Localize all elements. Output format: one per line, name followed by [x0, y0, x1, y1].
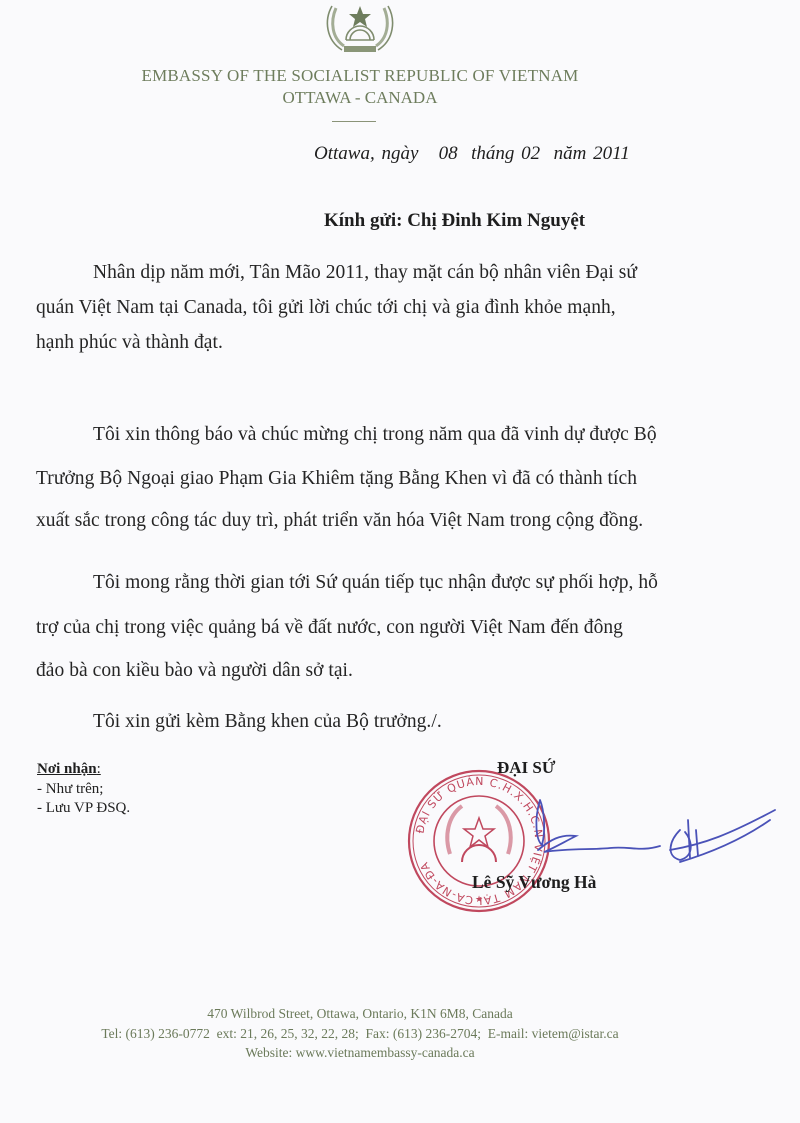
recipients-label: Nơi nhận: [37, 761, 101, 778]
embassy-subtitle: OTTAWA - CANADA [0, 88, 720, 108]
signatory-name: Lê Sỹ Vương Hà [472, 872, 596, 893]
recipient-item: - Như trên; [37, 781, 103, 798]
body-line: Trưởng Bộ Ngoại giao Phạm Gia Khiêm tặng… [36, 468, 637, 490]
signatory-title: ĐẠI SỨ [497, 758, 555, 778]
body-line: xuất sắc trong công tác duy trì, phát tr… [36, 510, 643, 532]
body-line: Tôi mong rằng thời gian tới Sứ quán tiếp… [93, 572, 658, 594]
footer-website: Website: www.vietnamembassy-canada.ca [0, 1045, 760, 1061]
embassy-title: EMBASSY OF THE SOCIALIST REPUBLIC OF VIE… [0, 66, 720, 86]
body-line: Tôi xin thông báo và chúc mừng chị trong… [93, 424, 657, 446]
body-line: đảo bà con kiều bào và người dân sở tại. [36, 660, 353, 682]
salutation: Kính gửi: Chị Đinh Kim Nguyệt [324, 210, 585, 232]
body-line: quán Việt Nam tại Canada, tôi gửi lời ch… [36, 297, 616, 319]
header-divider [332, 121, 376, 122]
body-line: hạnh phúc và thành đạt. [36, 332, 223, 354]
svg-text:★: ★ [475, 895, 483, 905]
footer-address: 470 Wilbrod Street, Ottawa, Ontario, K1N… [0, 1006, 760, 1022]
handwritten-signature [530, 790, 780, 870]
body-line: trợ của chị trong việc quảng bá về đất n… [36, 617, 623, 639]
recipient-item: - Lưu VP ĐSQ. [37, 800, 130, 817]
footer-contact: Tel: (613) 236-0772 ext: 21, 26, 25, 32,… [0, 1026, 760, 1042]
body-line: Nhân dịp năm mới, Tân Mão 2011, thay mặt… [93, 262, 637, 284]
body-line: Tôi xin gửi kèm Bằng khen của Bộ trưởng.… [93, 711, 442, 733]
national-emblem-icon [318, 0, 402, 58]
letter-date: Ottawa, ngày 08 tháng 02 năm 2011 [314, 143, 630, 165]
